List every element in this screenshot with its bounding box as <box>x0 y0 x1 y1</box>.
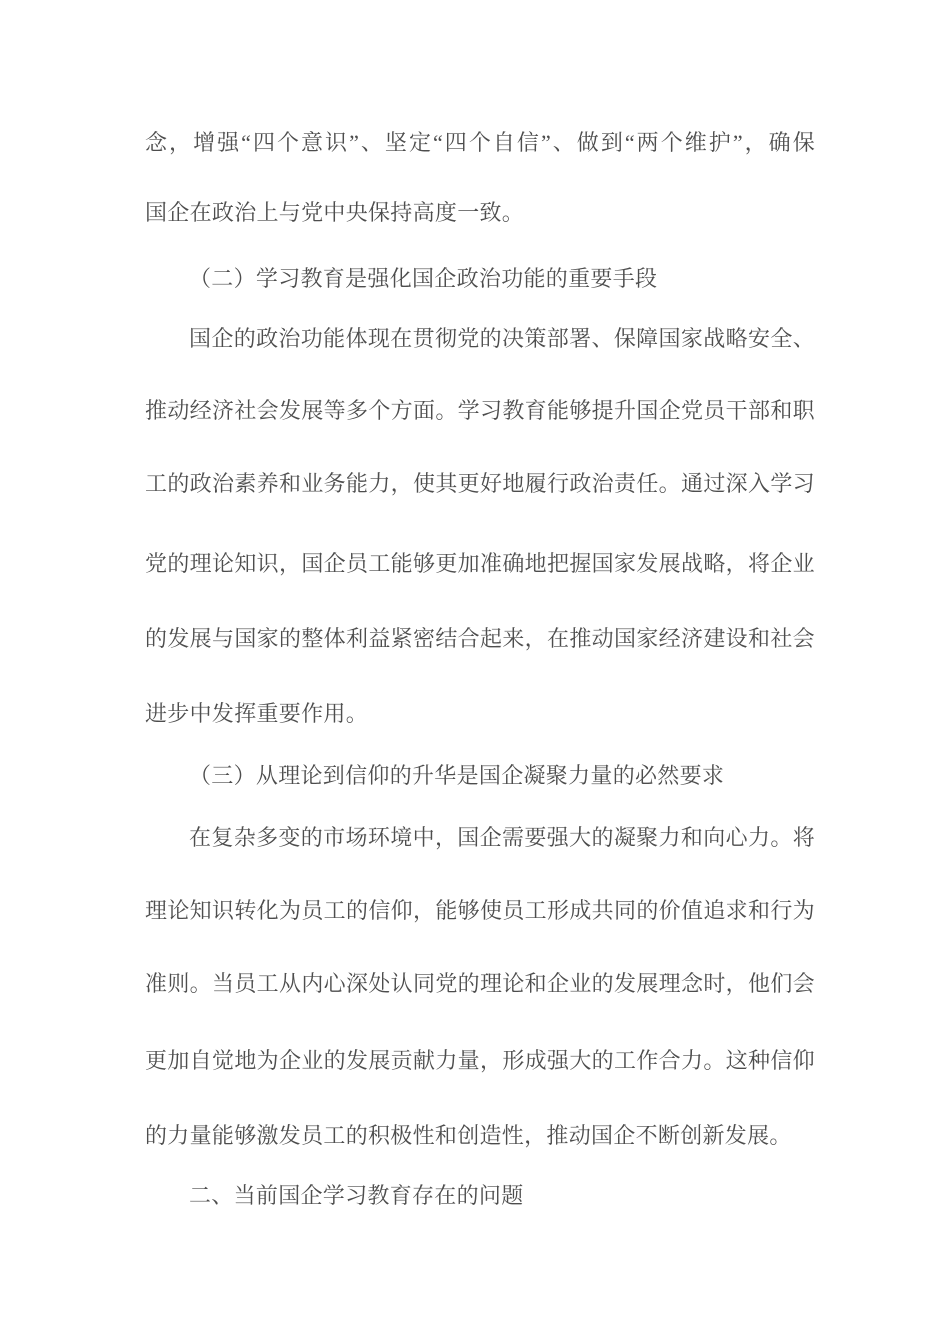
body-text-line: 进步中发挥重要作用。 <box>145 699 815 729</box>
section-heading: 二、当前国企学习教育存在的问题 <box>145 1181 815 1211</box>
body-text-line: 工的政治素养和业务能力，使其更好地履行政治责任。通过深入学习 <box>145 469 815 499</box>
body-text-line: 念，增强“四个意识”、坚定“四个自信”、做到“两个维护”，确保 <box>145 128 815 158</box>
body-text-line: 的发展与国家的整体利益紧密结合起来，在推动国家经济建设和社会 <box>145 624 815 654</box>
body-text-line: 国企在政治上与党中央保持高度一致。 <box>145 198 815 228</box>
body-text-line: 的力量能够激发员工的积极性和创造性，推动国企不断创新发展。 <box>145 1121 815 1151</box>
section-heading: （三）从理论到信仰的升华是国企凝聚力量的必然要求 <box>145 761 815 791</box>
document-page: 念，增强“四个意识”、坚定“四个自信”、做到“两个维护”，确保 国企在政治上与党… <box>0 0 950 1344</box>
body-text-line: 党的理论知识，国企员工能够更加准确地把握国家发展战略，将企业 <box>145 549 815 579</box>
body-text-line: 在复杂多变的市场环境中，国企需要强大的凝聚力和向心力。将 <box>145 823 815 853</box>
body-text-line: 准则。当员工从内心深处认同党的理论和企业的发展理念时，他们会 <box>145 969 815 999</box>
body-text-line: 推动经济社会发展等多个方面。学习教育能够提升国企党员干部和职 <box>145 396 815 426</box>
body-text-line: 更加自觉地为企业的发展贡献力量，形成强大的工作合力。这种信仰 <box>145 1046 815 1076</box>
section-heading: （二）学习教育是强化国企政治功能的重要手段 <box>145 264 815 294</box>
body-text-line: 国企的政治功能体现在贯彻党的决策部署、保障国家战略安全、 <box>145 324 815 354</box>
body-text-line: 理论知识转化为员工的信仰，能够使员工形成共同的价值追求和行为 <box>145 896 815 926</box>
